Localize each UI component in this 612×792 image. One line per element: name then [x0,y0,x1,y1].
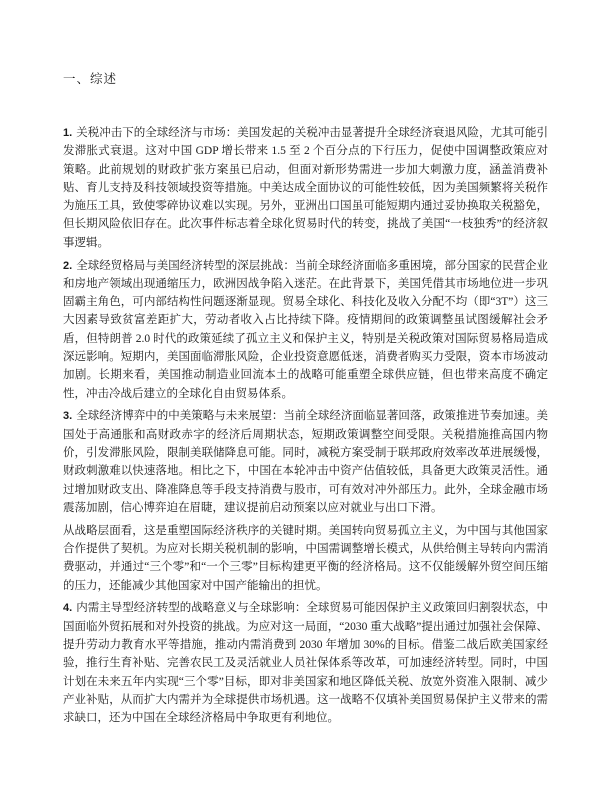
paragraph-text: 从战略层面看，这是重塑国际经济秩序的关键时期。美国转向贸易孤立主义，为中国与其他… [63,525,548,592]
paragraph-number: 1. [63,127,72,139]
paragraph: 从战略层面看，这是重塑国际经济秩序的关键时期。美国转向贸易孤立主义，为中国与其他… [63,522,548,595]
paragraph: 1.关税冲击下的全球经济与市场：美国发起的关税冲击显著提升全球经济衰退风险，尤其… [63,124,548,252]
document-page: 一、综述 1.关税冲击下的全球经济与市场：美国发起的关税冲击显著提升全球经济衰退… [0,0,612,792]
paragraph-text: 全球经贸格局与美国经济转型的深层挑战：当前全球经济面临多重困境，部分国家的民营企… [63,260,548,400]
paragraph-number: 4. [63,602,72,614]
paragraph-text: 内需主导型经济转型的战略意义与全球影响：全球贸易可能因保护主义政策回归割裂状态，… [63,602,548,724]
section-heading: 一、综述 [63,71,548,87]
paragraph: 3.全球经济博弈中的中美策略与未来展望：当前全球经济面临显著回落，政策推进节奏加… [63,407,548,517]
paragraph-text: 全球经济博弈中的中美策略与未来展望：当前全球经济面临显著回落，政策推进节奏加速。… [63,410,548,513]
paragraph: 4.内需主导型经济转型的战略意义与全球影响：全球贸易可能因保护主义政策回归割裂状… [63,599,548,727]
paragraph: 2.全球经贸格局与美国经济转型的深层挑战：当前全球经济面临多重困境，部分国家的民… [63,257,548,403]
paragraph-number: 3. [63,410,72,422]
paragraph-number: 2. [63,260,72,272]
paragraph-text: 关税冲击下的全球经济与市场：美国发起的关税冲击显著提升全球经济衰退风险，尤其可能… [63,127,548,249]
